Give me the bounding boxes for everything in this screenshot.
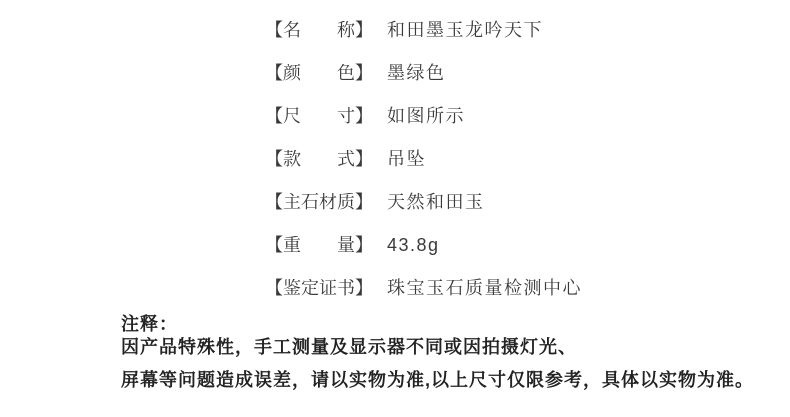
spec-label-text: 主石材质 xyxy=(283,193,355,212)
bracket-open: 【 xyxy=(265,150,283,169)
bracket-close: 】 xyxy=(355,107,373,126)
spec-row-name: 【名称】 和田墨玉龙吟天下 xyxy=(265,21,582,40)
spec-value: 和田墨玉龙吟天下 xyxy=(387,21,543,40)
spec-label-text: 名称 xyxy=(283,21,355,40)
spec-value: 墨绿色 xyxy=(387,64,446,83)
spec-label: 【款式】 xyxy=(265,150,373,169)
note-section: 注释： 因产品特殊性，手工测量及显示器不同或因拍摄灯光、 屏幕等问题造成误差，请… xyxy=(121,313,754,392)
spec-label-text: 重量 xyxy=(283,236,355,255)
bracket-open: 【 xyxy=(265,107,283,126)
bracket-open: 【 xyxy=(265,193,283,212)
spec-value: 吊坠 xyxy=(387,150,426,169)
spec-row-color: 【颜色】 墨绿色 xyxy=(265,64,582,83)
spec-value: 如图所示 xyxy=(387,107,465,126)
bracket-open: 【 xyxy=(265,21,283,40)
spec-label: 【重量】 xyxy=(265,236,373,255)
bracket-close: 】 xyxy=(355,21,373,40)
spec-row-material: 【主石材质】 天然和田玉 xyxy=(265,193,582,212)
spec-table: 【名称】 和田墨玉龙吟天下 【颜色】 墨绿色 【尺寸】 如图所示 【款式】 吊坠… xyxy=(265,21,582,322)
note-line-1: 因产品特殊性，手工测量及显示器不同或因拍摄灯光、 xyxy=(121,336,754,359)
spec-label: 【名称】 xyxy=(265,21,373,40)
spec-label-text: 款式 xyxy=(283,150,355,169)
bracket-open: 【 xyxy=(265,64,283,83)
bracket-close: 】 xyxy=(355,150,373,169)
note-title: 注释： xyxy=(121,313,754,336)
spec-value: 43.8g xyxy=(387,236,440,255)
spec-row-weight: 【重量】 43.8g xyxy=(265,236,582,255)
bracket-open: 【 xyxy=(265,279,283,298)
bracket-close: 】 xyxy=(355,279,373,298)
bracket-open: 【 xyxy=(265,236,283,255)
spec-value: 天然和田玉 xyxy=(387,193,485,212)
spec-label-text: 颜色 xyxy=(283,64,355,83)
spec-label: 【尺寸】 xyxy=(265,107,373,126)
spec-label-text: 鉴定证书 xyxy=(283,279,355,298)
spec-label-text: 尺寸 xyxy=(283,107,355,126)
spec-row-style: 【款式】 吊坠 xyxy=(265,150,582,169)
note-line-2: 屏幕等问题造成误差，请以实物为准,以上尺寸仅限参考，具体以实物为准。 xyxy=(121,369,754,392)
spec-row-certificate: 【鉴定证书】 珠宝玉石质量检测中心 xyxy=(265,279,582,298)
spec-label: 【颜色】 xyxy=(265,64,373,83)
bracket-close: 】 xyxy=(355,236,373,255)
bracket-close: 】 xyxy=(355,64,373,83)
spec-value: 珠宝玉石质量检测中心 xyxy=(387,279,582,298)
spec-row-size: 【尺寸】 如图所示 xyxy=(265,107,582,126)
spec-label: 【主石材质】 xyxy=(265,193,373,212)
spec-label: 【鉴定证书】 xyxy=(265,279,373,298)
bracket-close: 】 xyxy=(355,193,373,212)
